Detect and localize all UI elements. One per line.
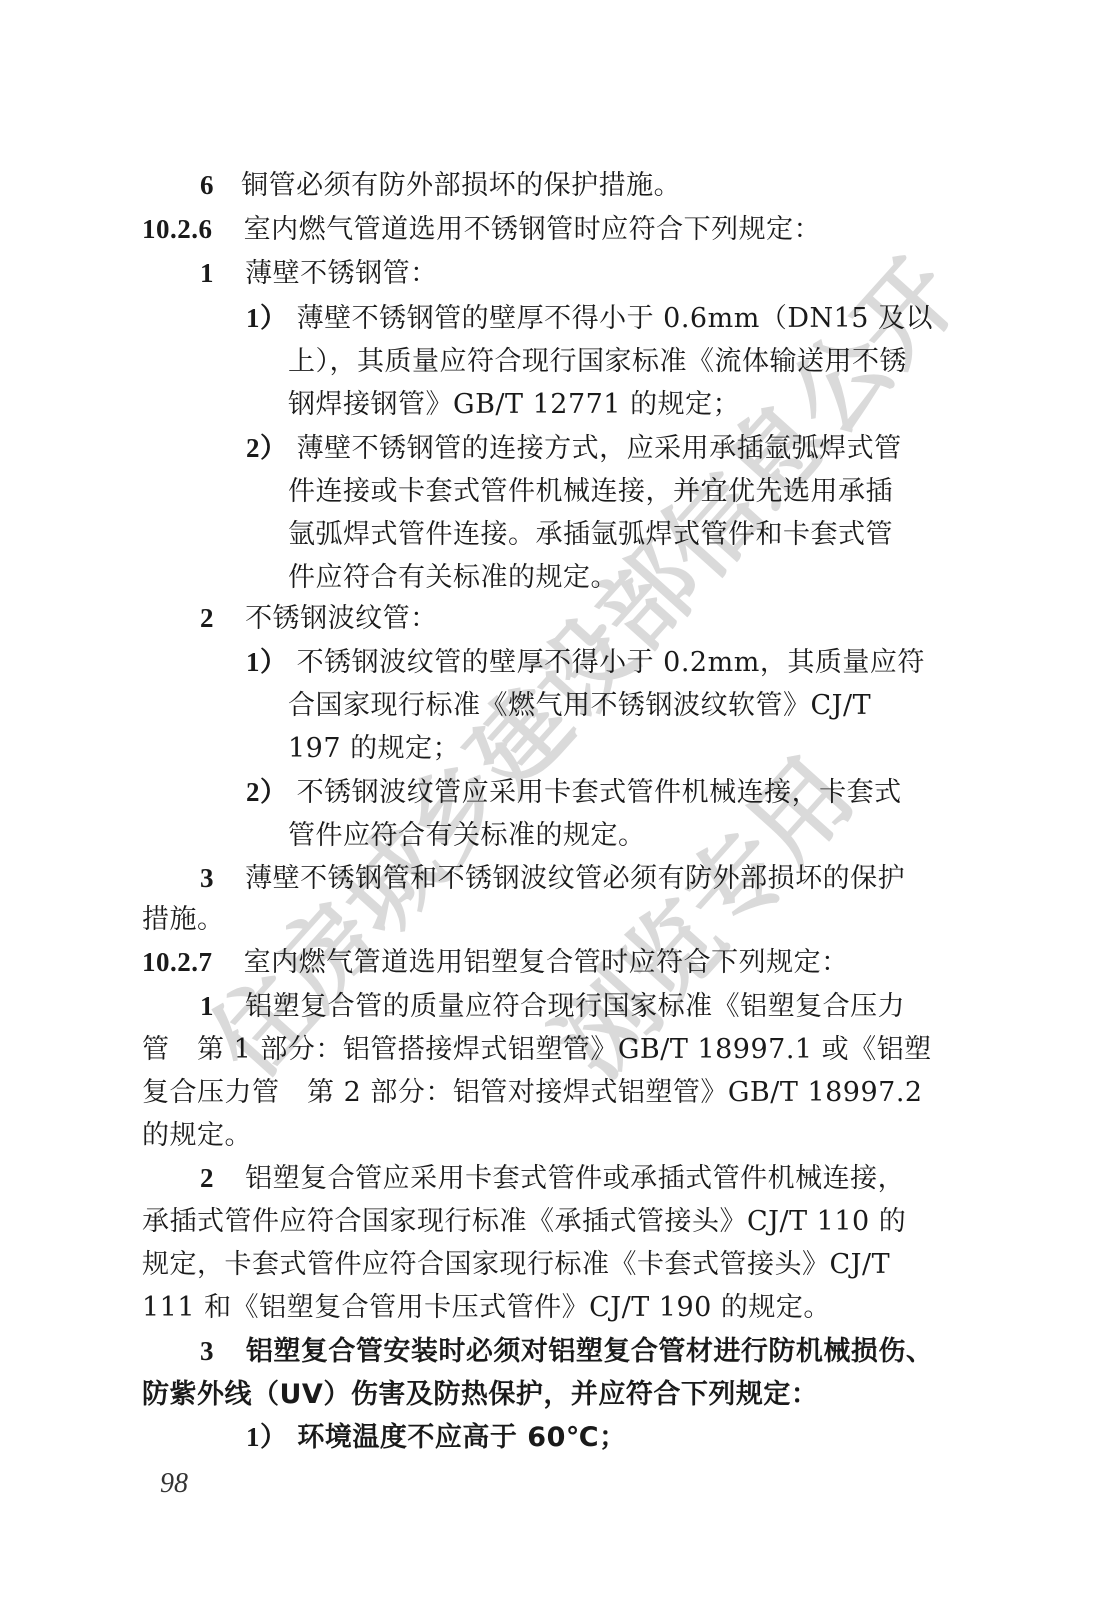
continuation-line: 上），其质量应符合现行国家标准《流体输送用不锈 [288, 340, 907, 383]
clause-10-2-7: 10.2.7 室内燃气管道选用铝塑复合管时应符合下列规定： [142, 941, 849, 984]
sub-item-number: 1） [246, 303, 288, 333]
continuation-line: 管 第 1 部分：铝管搭接焊式铝塑管》GB/T 18997.1 或《铝塑 [142, 1028, 932, 1071]
item-number: 3 [200, 863, 214, 893]
sub-item-bold: 1） 环境温度不应高于 60℃； [246, 1416, 627, 1459]
continuation-line: 111 和《铝塑复合管用卡压式管件》CJ/T 190 的规定。 [142, 1286, 831, 1329]
clause-item: 2 不锈钢波纹管： [200, 597, 438, 640]
sub-item: 1） 不锈钢波纹管的壁厚不得小于 0.2mm，其质量应符 [246, 641, 925, 684]
item-number: 1 [200, 991, 214, 1021]
continuation-line: 氩弧焊式管件连接。承插氩弧焊式管件和卡套式管 [288, 513, 893, 556]
item-number: 2 [200, 1163, 214, 1193]
sub-item-number: 2） [246, 777, 288, 807]
continuation-line: 管件应符合有关标准的规定。 [288, 814, 646, 857]
clause-number: 10.2.6 [142, 214, 213, 244]
page-number: 98 [160, 1468, 188, 1500]
sub-item-text: 薄壁不锈钢管的壁厚不得小于 0.6mm（DN15 及以 [297, 303, 933, 334]
item-text: 不锈钢波纹管： [245, 603, 438, 634]
continuation-line: 的规定。 [142, 1114, 252, 1157]
clause-item: 1 薄壁不锈钢管： [200, 252, 438, 295]
clause-number: 10.2.7 [142, 947, 213, 977]
continuation-line: 措施。 [142, 898, 225, 941]
sub-item: 2） 薄壁不锈钢管的连接方式，应采用承插氩弧焊式管 [246, 427, 902, 470]
clause-item: 1 铝塑复合管的质量应符合现行国家标准《铝塑复合压力 [200, 985, 905, 1028]
document-page: 住房城乡建设部信息公开 浏览专用 6 铜管必须有防外部损坏的保护措施。 10.2… [0, 0, 1103, 1598]
item-text: 铜管必须有防外部损坏的保护措施。 [241, 170, 681, 201]
item-number: 3 [200, 1336, 214, 1366]
continuation-line: 件连接或卡套式管件机械连接，并宜优先选用承插 [288, 470, 893, 513]
item-text: 铝塑复合管应采用卡套式管件或承插式管件机械连接， [245, 1163, 905, 1194]
clause-item: 2 铝塑复合管应采用卡套式管件或承插式管件机械连接， [200, 1157, 905, 1200]
continuation-line: 钢焊接钢管》GB/T 12771 的规定； [288, 383, 740, 426]
clause-item-6: 6 铜管必须有防外部损坏的保护措施。 [200, 164, 681, 207]
sub-item-number: 1） [246, 1422, 288, 1452]
item-text: 铝塑复合管安装时必须对铝塑复合管材进行防机械损伤、 [246, 1336, 934, 1367]
clause-text: 室内燃气管道选用铝塑复合管时应符合下列规定： [244, 947, 849, 978]
continuation-line: 合国家现行标准《燃气用不锈钢波纹软管》CJ/T [288, 684, 871, 727]
item-number: 2 [200, 603, 214, 633]
item-number: 6 [200, 170, 214, 200]
sub-item-text: 不锈钢波纹管的壁厚不得小于 0.2mm，其质量应符 [297, 647, 925, 678]
item-text: 薄壁不锈钢管： [245, 258, 438, 289]
clause-item-bold: 3 铝塑复合管安装时必须对铝塑复合管材进行防机械损伤、 [200, 1330, 933, 1373]
sub-item-number: 1） [246, 647, 288, 677]
sub-item: 2） 不锈钢波纹管应采用卡套式管件机械连接，卡套式 [246, 771, 902, 814]
sub-item: 1） 薄壁不锈钢管的壁厚不得小于 0.6mm（DN15 及以 [246, 297, 933, 340]
clause-10-2-6: 10.2.6 室内燃气管道选用不锈钢管时应符合下列规定： [142, 208, 821, 251]
continuation-line: 复合压力管 第 2 部分：铝管对接焊式铝塑管》GB/T 18997.2 [142, 1071, 923, 1114]
continuation-line: 承插式管件应符合国家现行标准《承插式管接头》CJ/T 110 的 [142, 1200, 906, 1243]
sub-item-text: 薄壁不锈钢管的连接方式，应采用承插氩弧焊式管 [297, 433, 902, 464]
sub-item-text: 环境温度不应高于 60℃； [297, 1422, 626, 1453]
continuation-line: 197 的规定； [288, 727, 460, 770]
item-number: 1 [200, 258, 214, 288]
sub-item-text: 不锈钢波纹管应采用卡套式管件机械连接，卡套式 [297, 777, 902, 808]
continuation-line: 规定，卡套式管件应符合国家现行标准《卡套式管接头》CJ/T [142, 1243, 890, 1286]
clause-text: 室内燃气管道选用不锈钢管时应符合下列规定： [244, 214, 822, 245]
item-text: 铝塑复合管的质量应符合现行国家标准《铝塑复合压力 [245, 991, 905, 1022]
item-text: 薄壁不锈钢管和不锈钢波纹管必须有防外部损坏的保护 [245, 863, 905, 894]
sub-item-number: 2） [246, 433, 288, 463]
continuation-line-bold: 防紫外线（UV）伤害及防热保护，并应符合下列规定： [142, 1373, 818, 1416]
clause-item: 3 薄壁不锈钢管和不锈钢波纹管必须有防外部损坏的保护 [200, 857, 905, 900]
continuation-line: 件应符合有关标准的规定。 [288, 556, 618, 599]
